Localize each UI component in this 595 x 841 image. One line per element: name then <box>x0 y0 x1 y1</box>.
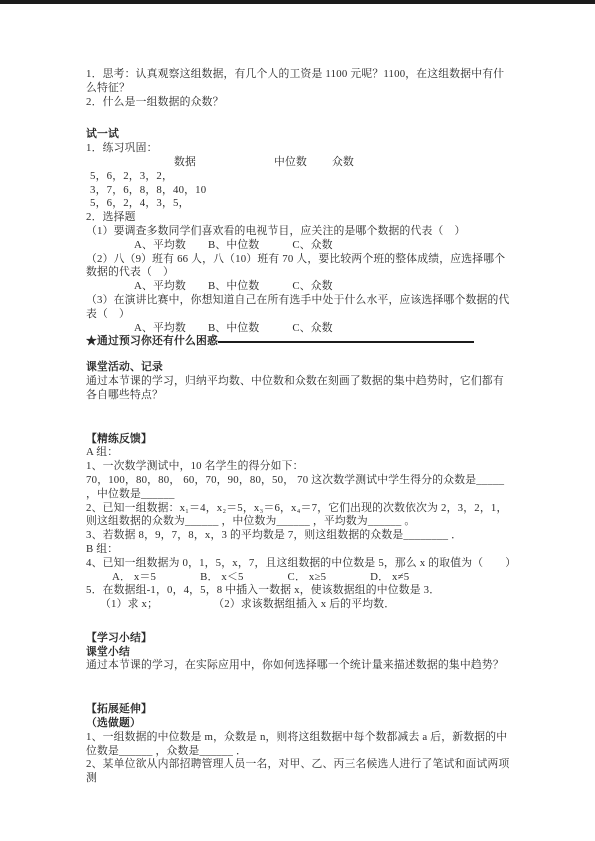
confusion-line: ★通过预习你还有什么困惑 <box>86 335 514 349</box>
practice-label: 1．练习巩固： <box>86 142 514 156</box>
feedback-item-4: 4、已知一组数据为 0，1，5，x，7，且这组数据的中位数是 5，那么 x 的取… <box>86 557 514 571</box>
section-heading-feedback: 【精练反馈】 <box>86 433 514 447</box>
feedback-item-4-options: A． x＝5 B． x＜5 C． x≥5 D． x≠5 <box>86 571 514 585</box>
choice-options-2: A、平均数 B、中位数 C、众数 <box>86 280 514 294</box>
choice-question-2: （2）八（9）班有 66 人，八（10）班有 70 人，要比较两个班的整体成绩，… <box>86 253 514 281</box>
summary-subheading: 课堂小结 <box>86 646 514 660</box>
table-row: 3，7，6，8，8，40，10 <box>86 184 514 198</box>
choice-question-3: （3）在演讲比赛中，你想知道自己在所有选手中处于什么水平，应该选择哪个数据的代表… <box>86 294 514 322</box>
table-row: 5，6，2，4，3，5， <box>86 197 514 211</box>
feedback-item-3: 3、若数据 8，9，7，8，x，3 的平均数是 7，则这组数据的众数是_____… <box>86 529 514 543</box>
feedback-item-5: 5．在数据组-1，0，4，5，8 中插入一数据 x，使该数据组的中位数是 3． <box>86 584 514 598</box>
worksheet-content: 1．思考：认真观察这组数据，有几个人的工资是 1100 元呢？1100，在这组数… <box>86 68 514 786</box>
extension-item-2: 2、某单位欲从内部招聘管理人员一名，对甲、乙、丙三名候选人进行了笔试和面试两项测 <box>86 758 514 786</box>
choice-label: 2．选择题 <box>86 211 514 225</box>
page-top-bar <box>0 0 595 4</box>
extension-item-1: 1、一组数据的中位数是 m，众数是 n，则将这组数据中每个数都减去 a 后，新数… <box>86 731 514 759</box>
extension-subheading: （选做题） <box>86 717 514 731</box>
table-header-median: 中位数 <box>274 156 332 170</box>
section-heading-extension: 【拓展延伸】 <box>86 703 514 717</box>
choice-options-1: A、平均数 B、中位数 C、众数 <box>86 239 514 253</box>
section-heading-activity: 课堂活动、记录 <box>86 361 514 375</box>
table-header-mode: 众数 <box>332 156 354 170</box>
feedback-item-5-sub: （1）求 x； （2）求该数据组插入 x 后的平均数． <box>86 598 514 612</box>
section-heading-summary: 【学习小结】 <box>86 632 514 646</box>
confusion-label: ★通过预习你还有什么困惑 <box>86 335 218 347</box>
group-b-label: B 组： <box>86 543 514 557</box>
table-header-data: 数据 <box>174 156 274 170</box>
choice-options-3: A、平均数 B、中位数 C、众数 <box>86 322 514 336</box>
preview-question-2: 2．什么是一组数据的众数？ <box>86 96 514 110</box>
worksheet-page: 1．思考：认真观察这组数据，有几个人的工资是 1100 元呢？1100，在这组数… <box>0 0 595 841</box>
summary-body: 通过本节课的学习，在实际应用中，你如何选择哪一个统计量来描述数据的集中趋势？ <box>86 659 514 673</box>
table-row: 5，6，2，3，2， <box>86 170 514 184</box>
section-heading-try: 试一试 <box>86 128 514 142</box>
table-header-row: 数据中位数众数 <box>86 156 514 170</box>
blank-rule <box>218 340 474 343</box>
preview-question-1: 1．思考：认真观察这组数据，有几个人的工资是 1100 元呢？1100，在这组数… <box>86 68 514 96</box>
choice-question-1: （1）要调查多数同学们喜欢看的电视节目，应关注的是哪个数据的代表（ ） <box>86 225 514 239</box>
feedback-item-1-scores: 70，100，80，80， 60，70，90，80，50， 70 这次数学测试中… <box>86 474 514 502</box>
feedback-item-2: 2、已知一组数据：x₁＝4，x₂＝5，x₃＝6，x₄＝7，它们出现的次数依次为 … <box>86 502 514 530</box>
group-a-label: A 组： <box>86 446 514 460</box>
feedback-item-1: 1、一次数学测试中，10 名学生的得分如下： <box>86 460 514 474</box>
activity-body: 通过本节课的学习，归纳平均数、中位数和众数在刻画了数据的集中趋势时，它们都有各自… <box>86 375 514 403</box>
